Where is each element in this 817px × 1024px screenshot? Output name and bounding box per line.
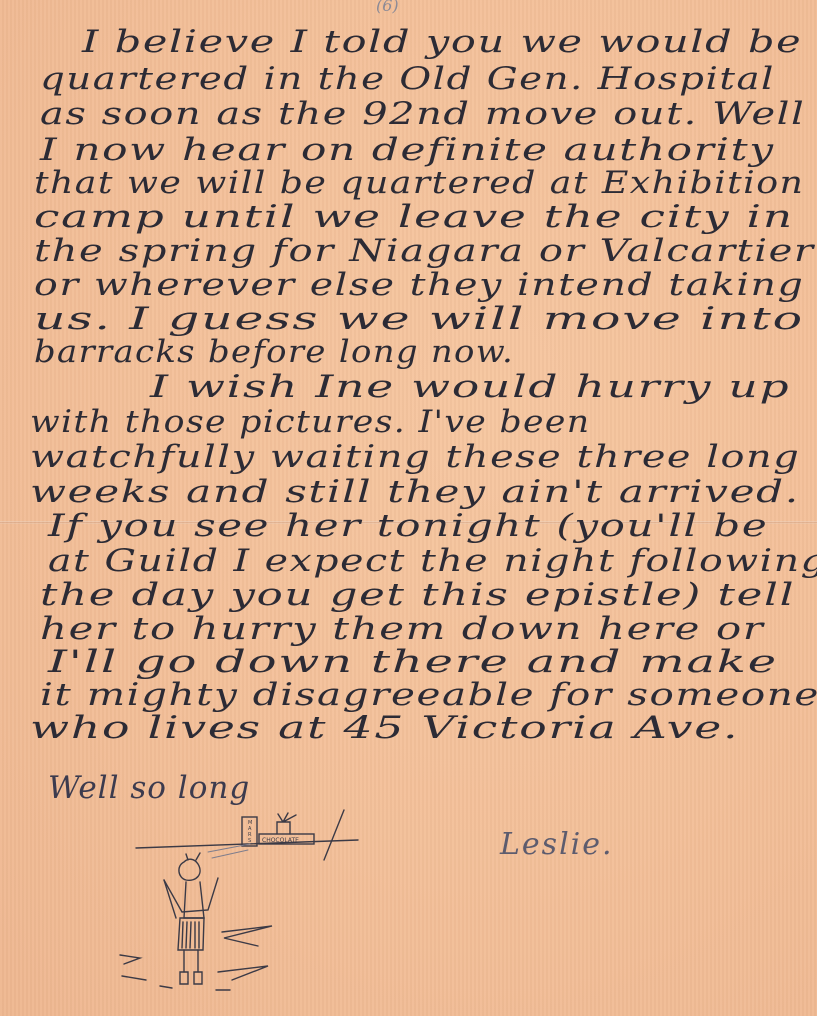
shelf-line — [136, 840, 358, 848]
letter-line: as soon as the 92nd move out. Well — [40, 96, 805, 132]
letter-line: If you see her tonight (you'll be — [48, 508, 768, 544]
letter-line: that we will be quartered at Exhibition — [34, 165, 804, 201]
letter-line: watchfully waiting these three long — [30, 439, 800, 475]
letter-line: I wish Ine would hurry up — [150, 369, 790, 405]
letter-line: at Guild I expect the night following — [48, 543, 817, 579]
letter-line: I now hear on definite authority — [40, 132, 775, 168]
letter-line: or wherever else they intend taking — [34, 267, 804, 303]
letter-line: the day you get this epistle) tell — [40, 577, 795, 613]
letter-line: it mighty disagreeable for someone — [40, 677, 817, 713]
signature: Leslie. — [500, 827, 614, 862]
letter-line: I believe I told you we would be — [82, 24, 802, 60]
letter-line: barracks before long now. — [34, 334, 514, 370]
letter-line: with those pictures. I've been — [30, 404, 590, 440]
letter-line: the spring for Niagara or Valcartier — [34, 233, 815, 269]
page-number: (6) — [376, 0, 399, 15]
kilted-figure-sketch: MARS CHOCOLATE — [100, 800, 400, 1010]
letter-line: quartered in the Old Gen. Hospital — [40, 61, 775, 97]
letter-line: who lives at 45 Victoria Ave. — [30, 710, 739, 746]
letter-line: her to hurry them down here or — [40, 611, 764, 647]
letter-page: (6) I believe I told you we would be qua… — [0, 0, 817, 1016]
mars-label: MARS — [248, 820, 252, 844]
letter-line: I'll go down there and make — [48, 644, 778, 680]
letter-line: camp until we leave the city in — [34, 199, 794, 235]
chocolate-label: CHOCOLATE — [262, 837, 299, 844]
letter-line: us. I guess we will move into — [34, 301, 804, 337]
letter-line: weeks and still they ain't arrived. — [30, 474, 800, 510]
